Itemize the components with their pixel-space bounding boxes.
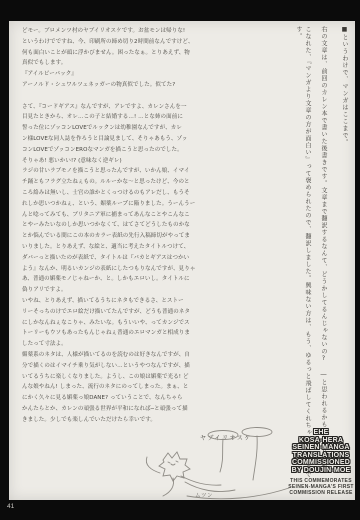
margin-note-column-3: こなれた、『マンガより文章の方が面白い』って褒められたので、翻訳しました。興味な… xyxy=(300,26,312,488)
sketch-caption: ムツン xyxy=(195,491,213,499)
credit-bubble-logo: EHEKOSA-HERASEINEN-MANGATRANSLATIONSCOMM… xyxy=(281,429,360,475)
scanlation-credit-block: EHEKOSA-HERASEINEN-MANGATRANSLATIONSCOMM… xyxy=(281,429,360,497)
page-number: 41 xyxy=(7,503,14,510)
margin-note-column-2: 右の文章は、前回のカレン本で書いた後書きです。文章まで翻訳するなんて、どうかして… xyxy=(316,26,328,488)
scan-black-border: どモー。ブロメンツ村のヤブイリオスケです。お盆モンは帰りな!というわけでですね、… xyxy=(0,0,360,520)
credit-commemoration-note: THIS COMMEMORATESSEINEN-MANGA'S FIRSTCOM… xyxy=(281,478,360,497)
margin-note-column-1: ■というわけで、マンガはここまで。 xyxy=(337,26,349,488)
afterword-page: どモー。ブロメンツ村のヤブイリオスケです。お盆モンは帰りな!というわけでですね、… xyxy=(9,21,355,500)
afterword-body-text: どモー。ブロメンツ村のヤブイリオスケです。お盆モンは帰りな!というわけでですね、… xyxy=(22,26,208,425)
